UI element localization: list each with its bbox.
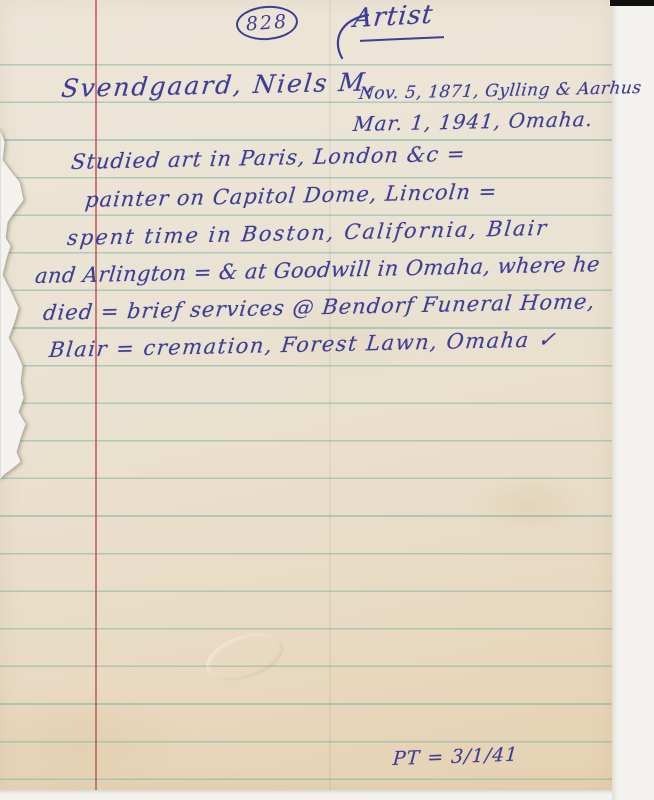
scanner-strip-right bbox=[612, 0, 654, 800]
film-edge-bar bbox=[610, 0, 654, 6]
torn-edge bbox=[0, 120, 34, 485]
fold-crease bbox=[329, 0, 331, 790]
red-margin-line bbox=[95, 0, 97, 790]
death-date-line: Mar. 1, 1941, Omaha. bbox=[352, 107, 594, 136]
scanned-notebook-page: 828 Artist Svendgaard, Niels M, Nov. 5, … bbox=[0, 0, 654, 800]
page-heading: Artist bbox=[352, 0, 435, 34]
scanner-strip-bottom bbox=[0, 790, 612, 800]
footer-notation: PT = 3/1/41 bbox=[392, 744, 519, 770]
page-number: 828 bbox=[245, 11, 289, 36]
